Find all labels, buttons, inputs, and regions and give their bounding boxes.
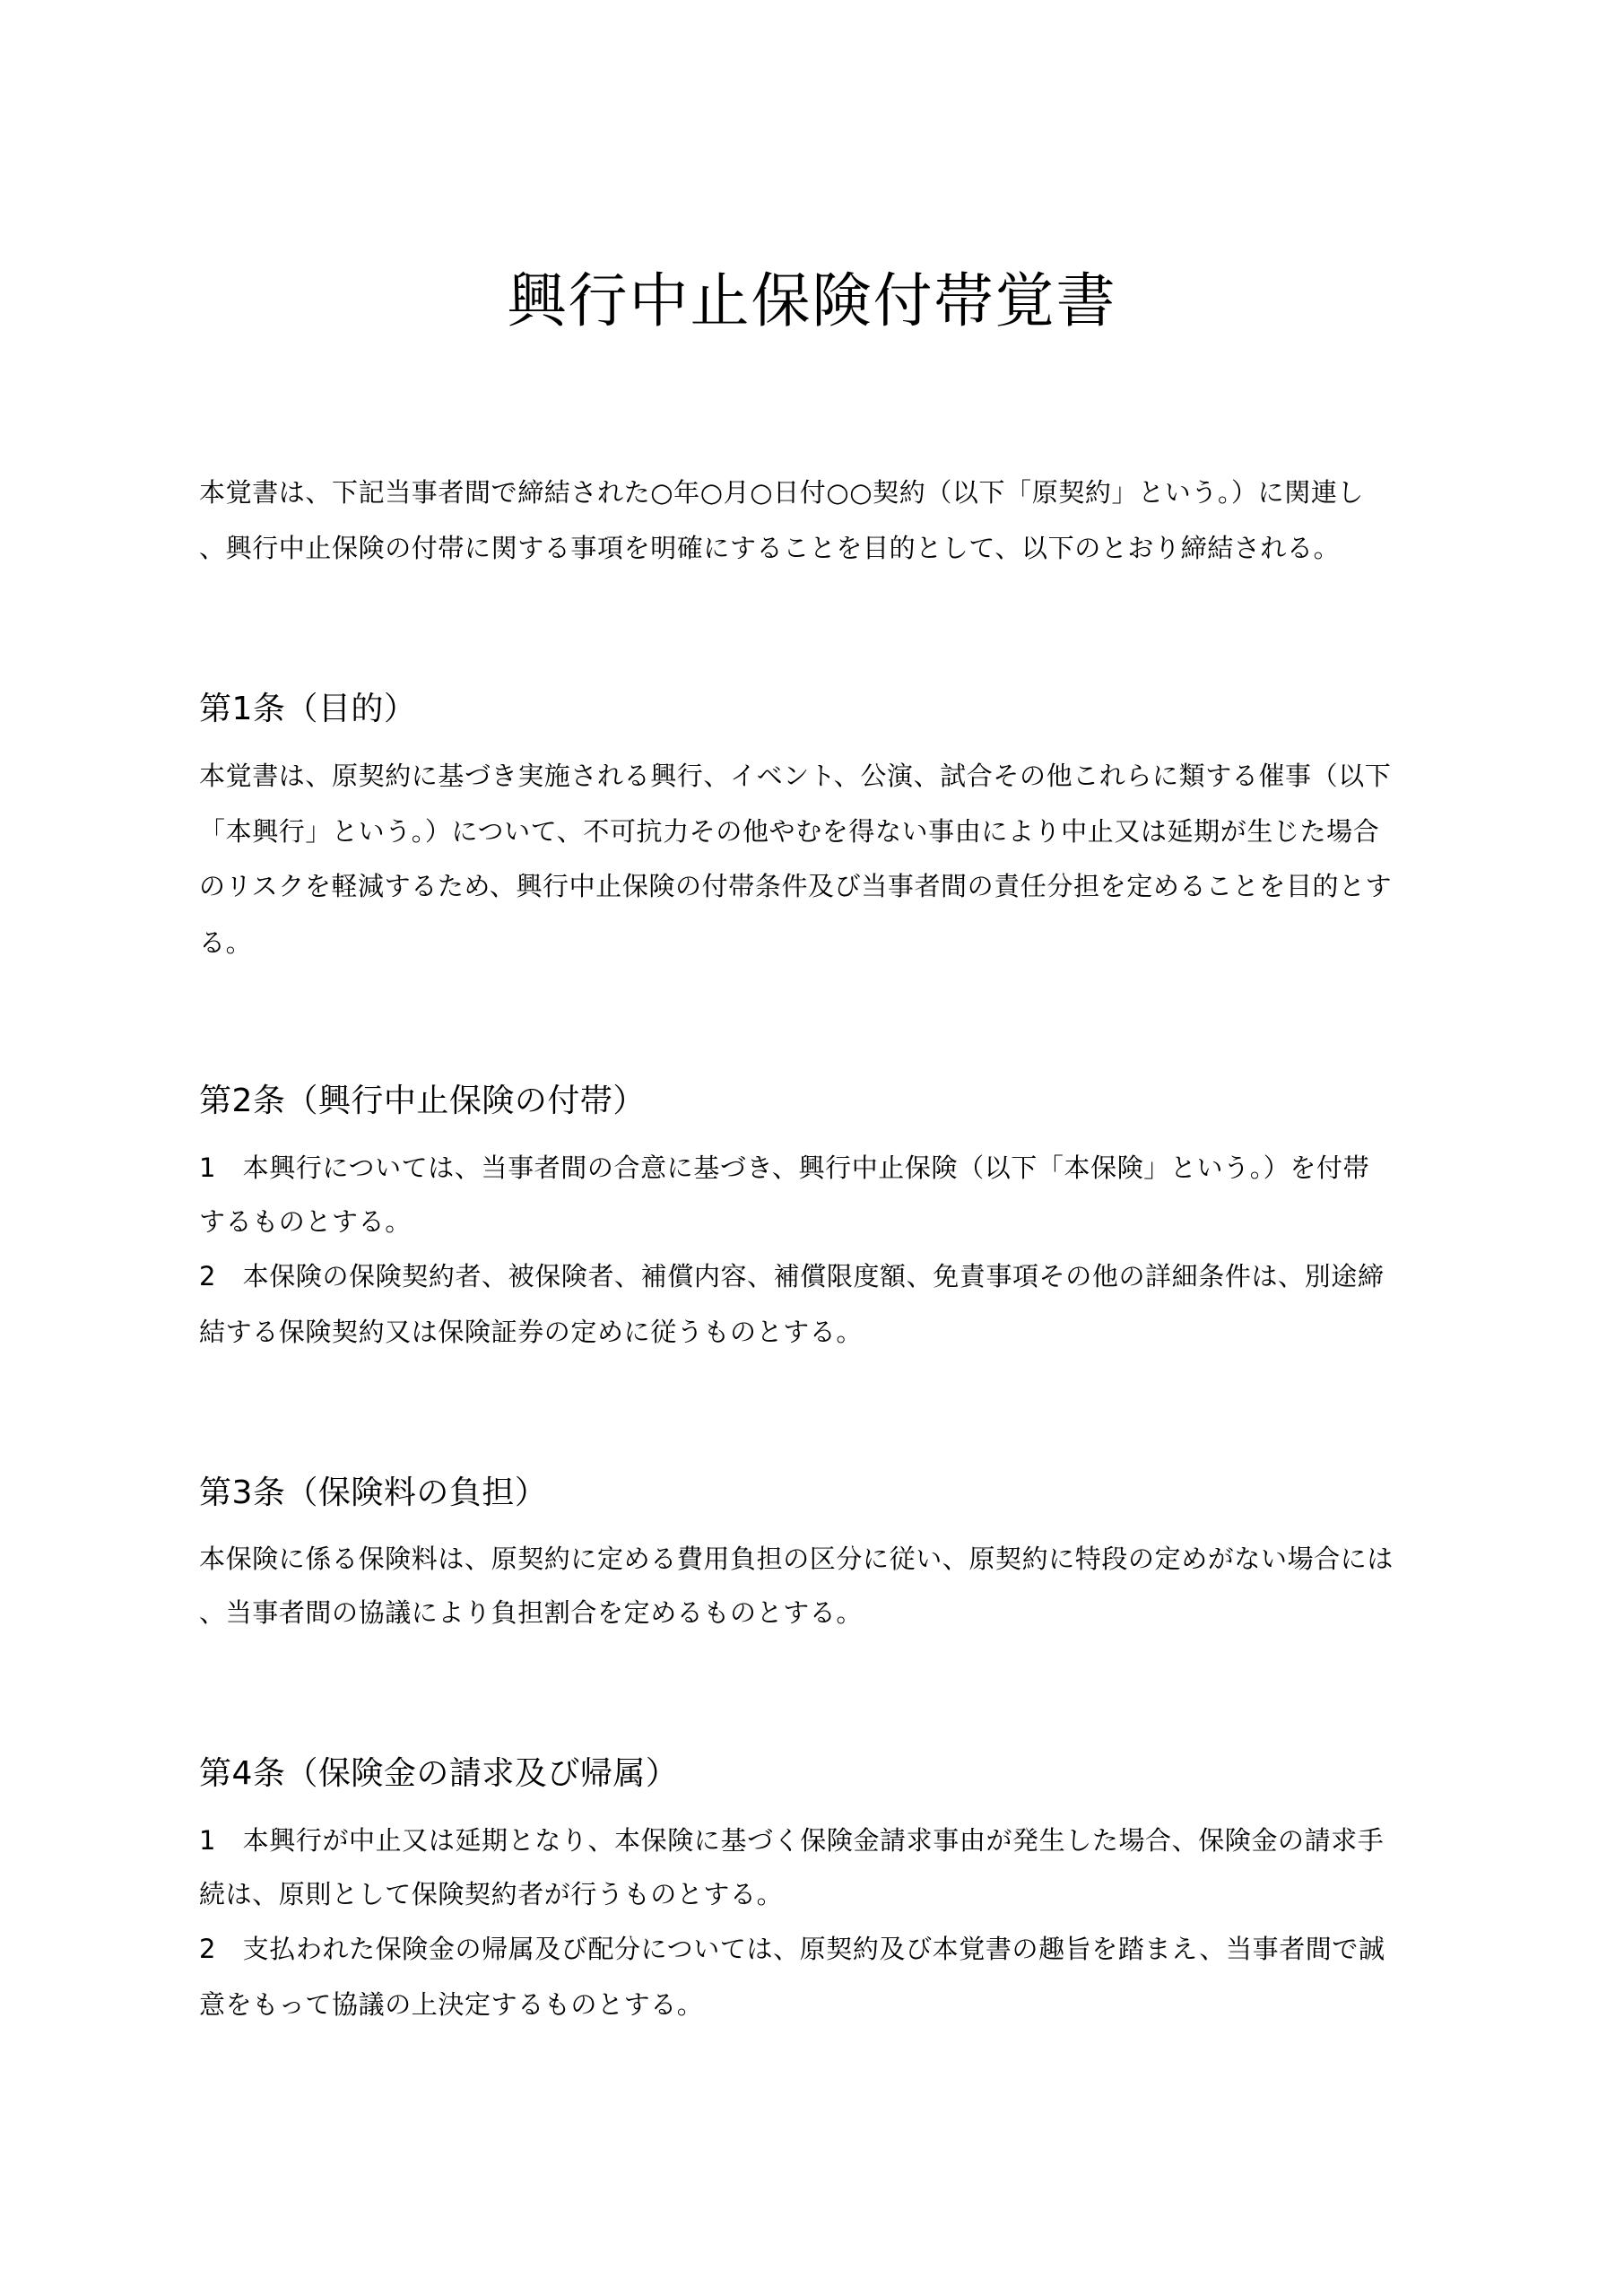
article-4-clause-1-line: 1 本興行が中止又は延期となり、本保険に基づく保険金請求事由が発生した場合、保険… — [199, 1822, 1384, 1858]
article-2-clause-2-line: 2 本保険の保険契約者、被保険者、補償内容、補償限度額、免責事項その他の詳細条件… — [199, 1258, 1384, 1294]
article-1-heading: 第1条（目的） — [199, 688, 416, 731]
article-3-line: 本保険に係る保険料は、原契約に定める費用負担の区分に従い、原契約に特段の定めがな… — [199, 1541, 1394, 1577]
document-page: 興行中止保険付帯覚書 本覚書は、下記当事者間で締結された○年○月○日付○○契約（… — [0, 0, 1624, 2296]
article-4-clause-2-line: 意をもって協議の上決定するものとする。 — [199, 1987, 703, 2022]
article-1-line: のリスクを軽減するため、興行中止保険の付帯条件及び当事者間の責任分担を定めること… — [199, 868, 1392, 904]
article-2-clause-1-line: 1 本興行については、当事者間の合意に基づき、興行中止保険（以下「本保険」という… — [199, 1150, 1369, 1186]
article-2-heading: 第2条（興行中止保険の付帯） — [199, 1080, 646, 1123]
document-title: 興行中止保険付帯覚書 — [0, 265, 1624, 337]
intro-line: 、興行中止保険の付帯に関する事項を明確にすることを目的として、以下のとおり締結さ… — [199, 530, 1340, 566]
article-3-heading: 第3条（保険料の負担） — [199, 1472, 547, 1515]
article-1-line: る。 — [199, 925, 252, 961]
article-1-line: 「本興行」という。）について、不可抗力その他やむを得ない事由により中止又は延期が… — [199, 813, 1379, 849]
article-1-line: 本覚書は、原契約に基づき実施される興行、イベント、公演、試合その他これらに類する… — [199, 758, 1391, 794]
article-4-heading: 第4条（保険金の請求及び帰属） — [199, 1752, 678, 1796]
article-4-clause-1-line: 続は、原則として保険契約者が行うものとする。 — [199, 1876, 783, 1912]
article-2-clause-2-line: 結する保険契約又は保険証券の定めに従うものとする。 — [199, 1314, 863, 1350]
intro-line: 本覚書は、下記当事者間で締結された○年○月○日付○○契約（以下「原契約」という。… — [199, 474, 1364, 510]
article-3-line: 、当事者間の協議により負担割合を定めるものとする。 — [199, 1595, 863, 1631]
article-4-clause-2-line: 2 支払われた保険金の帰属及び配分については、原契約及び本覚書の趣旨を踏まえ、当… — [199, 1931, 1385, 1967]
article-2-clause-1-line: するものとする。 — [199, 1204, 412, 1239]
